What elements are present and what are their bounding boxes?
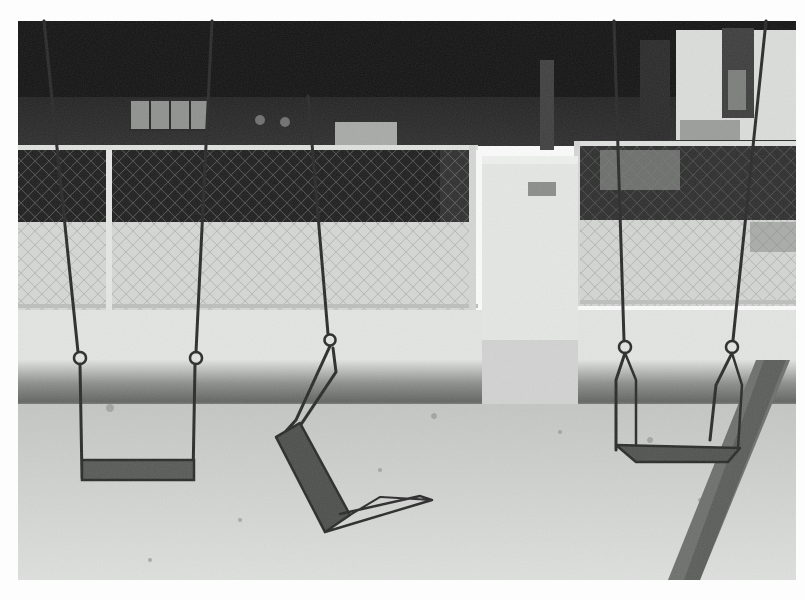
- photograph: Black-and-white photograph of three empt…: [0, 0, 805, 600]
- photo-content: [18, 21, 796, 580]
- swing-set-scene: [0, 0, 805, 600]
